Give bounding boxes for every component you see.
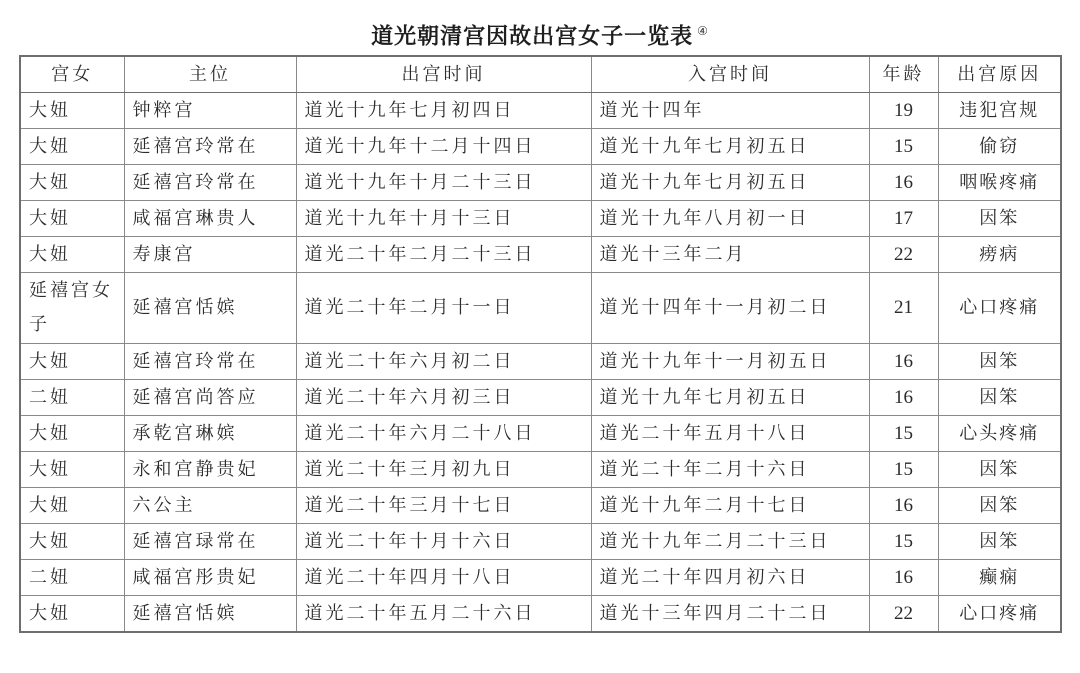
cell-maid: 大妞 bbox=[20, 93, 124, 129]
cell-entry-date: 道光十三年二月 bbox=[591, 237, 869, 273]
cell-master: 延禧宫恬嫔 bbox=[124, 596, 296, 633]
cell-reason: 因笨 bbox=[938, 488, 1061, 524]
cell-exit-date: 道光二十年六月初二日 bbox=[296, 344, 591, 380]
cell-age: 19 bbox=[869, 93, 938, 129]
header-maid: 宫女 bbox=[20, 56, 124, 93]
cell-age: 15 bbox=[869, 129, 938, 165]
cell-entry-date: 道光十九年七月初五日 bbox=[591, 380, 869, 416]
cell-reason: 违犯宫规 bbox=[938, 93, 1061, 129]
cell-maid: 二妞 bbox=[20, 560, 124, 596]
cell-reason: 因笨 bbox=[938, 344, 1061, 380]
cell-reason: 咽喉疼痛 bbox=[938, 165, 1061, 201]
cell-maid: 大妞 bbox=[20, 524, 124, 560]
cell-reason: 心口疼痛 bbox=[938, 596, 1061, 633]
cell-entry-date: 道光二十年五月十八日 bbox=[591, 416, 869, 452]
cell-entry-date: 道光二十年四月初六日 bbox=[591, 560, 869, 596]
cell-reason: 因笨 bbox=[938, 201, 1061, 237]
cell-master: 咸福宫彤贵妃 bbox=[124, 560, 296, 596]
cell-master: 延禧宫尚答应 bbox=[124, 380, 296, 416]
cell-entry-date: 道光十九年七月初五日 bbox=[591, 165, 869, 201]
cell-maid: 大妞 bbox=[20, 488, 124, 524]
cell-entry-date: 道光十九年七月初五日 bbox=[591, 129, 869, 165]
cell-maid: 大妞 bbox=[20, 452, 124, 488]
cell-age: 16 bbox=[869, 165, 938, 201]
cell-exit-date: 道光二十年二月十一日 bbox=[296, 273, 591, 344]
table-row: 大妞 延禧宫琭常在 道光二十年十月十六日 道光十九年二月二十三日 15 因笨 bbox=[20, 524, 1061, 560]
cell-exit-date: 道光二十年六月初三日 bbox=[296, 380, 591, 416]
header-entry-date: 入宫时间 bbox=[591, 56, 869, 93]
cell-master: 六公主 bbox=[124, 488, 296, 524]
cell-reason: 心口疼痛 bbox=[938, 273, 1061, 344]
table-row: 大妞 寿康宫 道光二十年二月二十三日 道光十三年二月 22 痨病 bbox=[20, 237, 1061, 273]
cell-maid: 二妞 bbox=[20, 380, 124, 416]
table-row: 大妞 咸福宫琳贵人 道光十九年十月十三日 道光十九年八月初一日 17 因笨 bbox=[20, 201, 1061, 237]
cell-exit-date: 道光二十年二月二十三日 bbox=[296, 237, 591, 273]
header-reason: 出宫原因 bbox=[938, 56, 1061, 93]
cell-entry-date: 道光十四年 bbox=[591, 93, 869, 129]
cell-maid: 大妞 bbox=[20, 201, 124, 237]
table-row: 大妞 承乾宫琳嫔 道光二十年六月二十八日 道光二十年五月十八日 15 心头疼痛 bbox=[20, 416, 1061, 452]
table-row: 大妞 延禧宫玲常在 道光十九年十二月十四日 道光十九年七月初五日 15 偷窃 bbox=[20, 129, 1061, 165]
cell-maid: 大妞 bbox=[20, 344, 124, 380]
cell-age: 22 bbox=[869, 237, 938, 273]
cell-exit-date: 道光二十年六月二十八日 bbox=[296, 416, 591, 452]
cell-entry-date: 道光十九年八月初一日 bbox=[591, 201, 869, 237]
cell-age: 16 bbox=[869, 488, 938, 524]
cell-reason: 痨病 bbox=[938, 237, 1061, 273]
cell-master: 延禧宫玲常在 bbox=[124, 129, 296, 165]
cell-master: 延禧宫玲常在 bbox=[124, 165, 296, 201]
table-header-row: 宫女 主位 出宫时间 入宫时间 年龄 出宫原因 bbox=[20, 56, 1061, 93]
footnote-marker: ④ bbox=[697, 24, 709, 38]
cell-reason: 因笨 bbox=[938, 524, 1061, 560]
table-row: 二妞 延禧宫尚答应 道光二十年六月初三日 道光十九年七月初五日 16 因笨 bbox=[20, 380, 1061, 416]
cell-master: 延禧宫玲常在 bbox=[124, 344, 296, 380]
cell-age: 17 bbox=[869, 201, 938, 237]
cell-master: 延禧宫恬嫔 bbox=[124, 273, 296, 344]
cell-reason: 心头疼痛 bbox=[938, 416, 1061, 452]
cell-exit-date: 道光二十年四月十八日 bbox=[296, 560, 591, 596]
cell-master: 钟粹宫 bbox=[124, 93, 296, 129]
cell-maid: 大妞 bbox=[20, 165, 124, 201]
cell-age: 16 bbox=[869, 380, 938, 416]
header-master: 主位 bbox=[124, 56, 296, 93]
cell-entry-date: 道光二十年二月十六日 bbox=[591, 452, 869, 488]
cell-entry-date: 道光十四年十一月初二日 bbox=[591, 273, 869, 344]
table-row: 大妞 钟粹宫 道光十九年七月初四日 道光十四年 19 违犯宫规 bbox=[20, 93, 1061, 129]
cell-entry-date: 道光十九年二月二十三日 bbox=[591, 524, 869, 560]
cell-maid: 大妞 bbox=[20, 129, 124, 165]
cell-age: 22 bbox=[869, 596, 938, 633]
table-row: 二妞 咸福宫彤贵妃 道光二十年四月十八日 道光二十年四月初六日 16 癫痫 bbox=[20, 560, 1061, 596]
cell-master: 永和宫静贵妃 bbox=[124, 452, 296, 488]
cell-reason: 偷窃 bbox=[938, 129, 1061, 165]
cell-age: 15 bbox=[869, 452, 938, 488]
cell-master: 咸福宫琳贵人 bbox=[124, 201, 296, 237]
cell-master: 寿康宫 bbox=[124, 237, 296, 273]
cell-exit-date: 道光二十年三月初九日 bbox=[296, 452, 591, 488]
cell-entry-date: 道光十九年十一月初五日 bbox=[591, 344, 869, 380]
cell-exit-date: 道光十九年十二月十四日 bbox=[296, 129, 591, 165]
cell-maid: 大妞 bbox=[20, 416, 124, 452]
cell-maid: 大妞 bbox=[20, 237, 124, 273]
cell-exit-date: 道光十九年十月十三日 bbox=[296, 201, 591, 237]
cell-exit-date: 道光十九年七月初四日 bbox=[296, 93, 591, 129]
cell-maid: 延禧宫女子 bbox=[20, 273, 124, 344]
cell-exit-date: 道光二十年五月二十六日 bbox=[296, 596, 591, 633]
cell-exit-date: 道光十九年十月二十三日 bbox=[296, 165, 591, 201]
cell-reason: 癫痫 bbox=[938, 560, 1061, 596]
cell-exit-date: 道光二十年三月十七日 bbox=[296, 488, 591, 524]
table-row: 大妞 延禧宫玲常在 道光二十年六月初二日 道光十九年十一月初五日 16 因笨 bbox=[20, 344, 1061, 380]
cell-exit-date: 道光二十年十月十六日 bbox=[296, 524, 591, 560]
cell-entry-date: 道光十三年四月二十二日 bbox=[591, 596, 869, 633]
cell-reason: 因笨 bbox=[938, 452, 1061, 488]
title-text: 道光朝清宫因故出宫女子一览表 bbox=[371, 24, 693, 49]
cell-age: 15 bbox=[869, 416, 938, 452]
table-row: 大妞 六公主 道光二十年三月十七日 道光十九年二月十七日 16 因笨 bbox=[20, 488, 1061, 524]
header-exit-date: 出宫时间 bbox=[296, 56, 591, 93]
cell-maid: 大妞 bbox=[20, 596, 124, 633]
cell-master: 承乾宫琳嫔 bbox=[124, 416, 296, 452]
table-row: 大妞 延禧宫恬嫔 道光二十年五月二十六日 道光十三年四月二十二日 22 心口疼痛 bbox=[20, 596, 1061, 633]
cell-age: 16 bbox=[869, 344, 938, 380]
cell-reason: 因笨 bbox=[938, 380, 1061, 416]
cell-age: 16 bbox=[869, 560, 938, 596]
table-title: 道光朝清宫因故出宫女子一览表④ bbox=[0, 16, 1080, 52]
table-row: 延禧宫女子 延禧宫恬嫔 道光二十年二月十一日 道光十四年十一月初二日 21 心口… bbox=[20, 273, 1061, 344]
cell-age: 21 bbox=[869, 273, 938, 344]
cell-entry-date: 道光十九年二月十七日 bbox=[591, 488, 869, 524]
cell-age: 15 bbox=[869, 524, 938, 560]
header-age: 年龄 bbox=[869, 56, 938, 93]
table-row: 大妞 永和宫静贵妃 道光二十年三月初九日 道光二十年二月十六日 15 因笨 bbox=[20, 452, 1061, 488]
table-row: 大妞 延禧宫玲常在 道光十九年十月二十三日 道光十九年七月初五日 16 咽喉疼痛 bbox=[20, 165, 1061, 201]
cell-master: 延禧宫琭常在 bbox=[124, 524, 296, 560]
maids-table: 宫女 主位 出宫时间 入宫时间 年龄 出宫原因 大妞 钟粹宫 道光十九年七月初四… bbox=[19, 55, 1062, 633]
